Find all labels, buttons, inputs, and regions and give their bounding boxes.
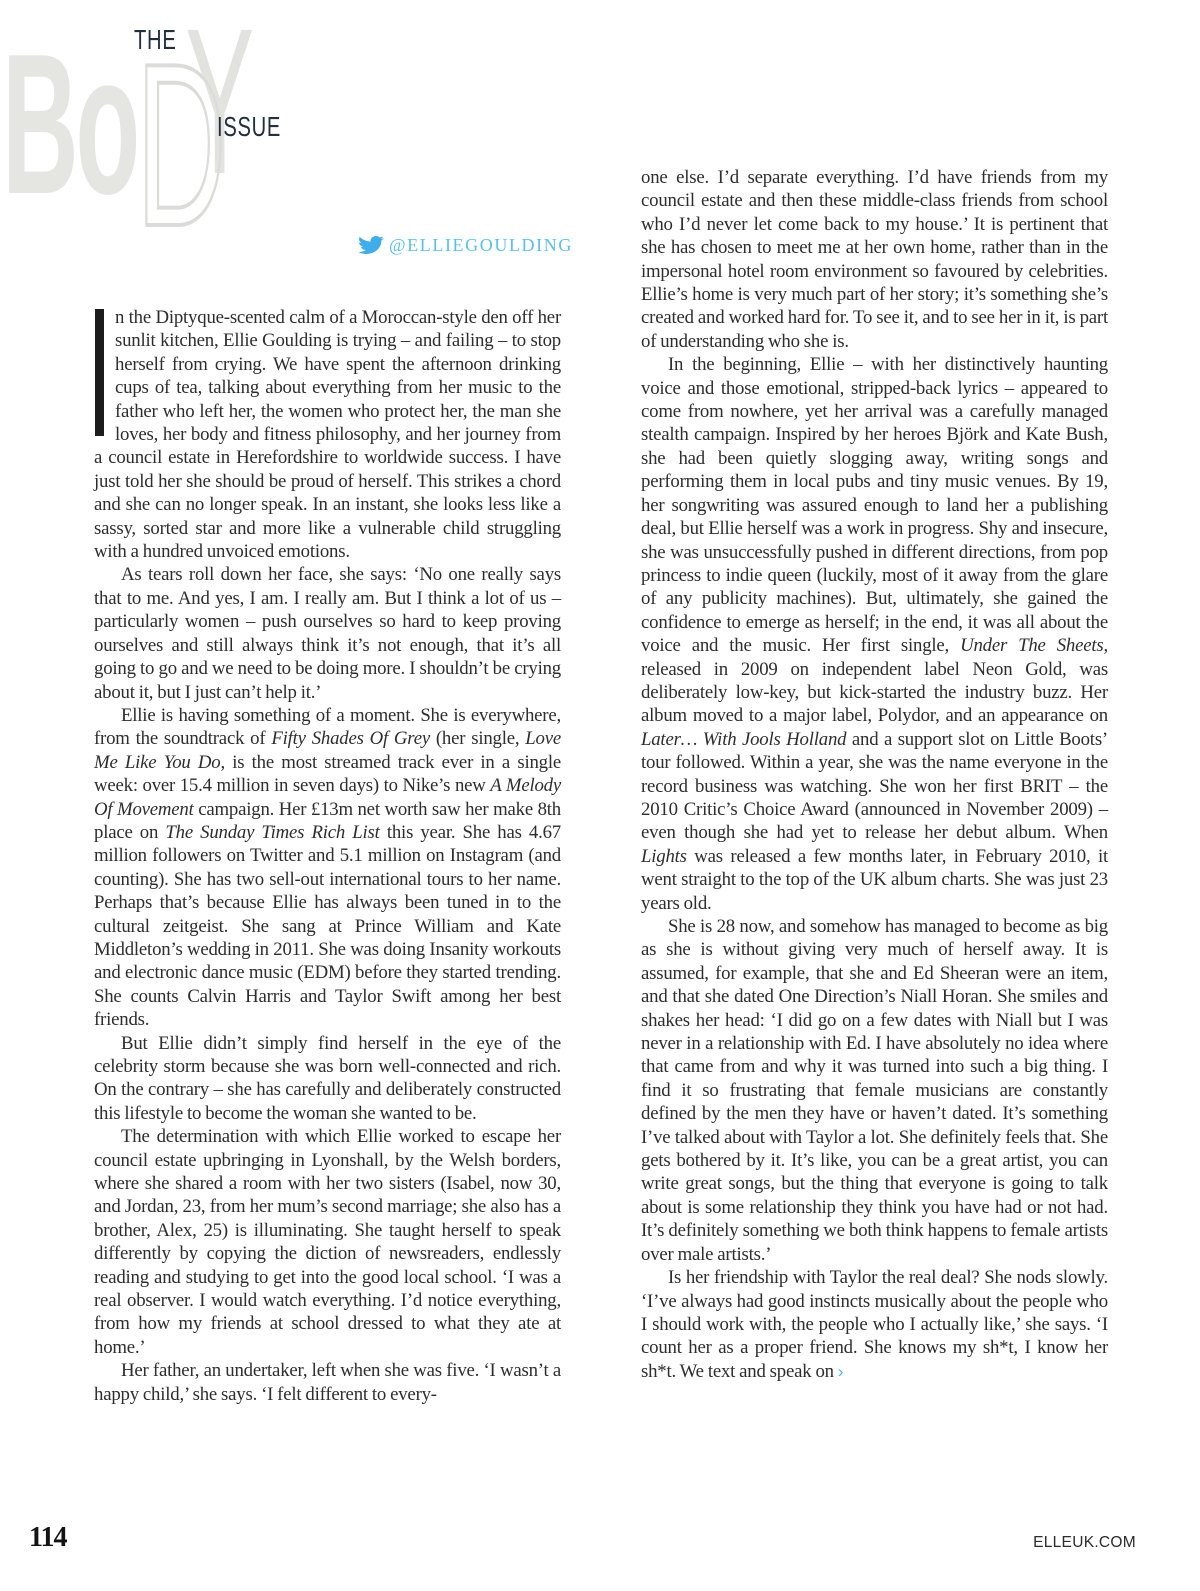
body-text: (her single, (430, 728, 525, 749)
paragraph: Is her friendship with Taylor the real d… (641, 1266, 1108, 1383)
drop-cap: I (95, 309, 104, 436)
body-text: She is 28 now, and somehow has managed t… (641, 916, 1108, 1265)
body-text: n the Diptyque-scented calm of a Morocca… (94, 307, 561, 562)
page-number: 114 (29, 1522, 66, 1554)
body-issue-masthead: Bo Y D THE ISSUE (0, 0, 320, 245)
website-url: ELLEUK.COM (1033, 1534, 1136, 1552)
italic-text: Under The Sheets (960, 635, 1103, 656)
italic-text: Later… With Jools Holland (641, 729, 846, 750)
body-text: As tears roll down her face, she says: ‘… (94, 564, 561, 702)
paragraph: The determination with which Ellie worke… (94, 1125, 561, 1359)
masthead-letter-bo: Bo (2, 12, 137, 236)
body-text: this year. She has 4.67 million follower… (94, 822, 561, 1030)
italic-text: Lights (641, 846, 687, 867)
paragraph: Her father, an undertaker, left when she… (94, 1359, 561, 1406)
article-left-column: In the Diptyque-scented calm of a Morocc… (94, 306, 561, 1406)
body-text: one else. I’d separate everything. I’d h… (641, 167, 1108, 352)
italic-text: Fifty Shades Of Grey (271, 728, 430, 749)
paragraph: In the beginning, Ellie – with her disti… (641, 353, 1108, 915)
paragraph: But Ellie didn’t simply find herself in … (94, 1032, 561, 1126)
paragraph: Ellie is having something of a moment. S… (94, 704, 561, 1032)
article-right-column: one else. I’d separate everything. I’d h… (641, 166, 1108, 1383)
body-text: The determination with which Ellie worke… (94, 1126, 561, 1358)
twitter-handle: @ELLIEGOULDING (389, 235, 573, 256)
italic-text: The Sunday Times Rich List (165, 822, 379, 843)
paragraph: As tears roll down her face, she says: ‘… (94, 563, 561, 703)
twitter-byline: @ELLIEGOULDING (358, 234, 573, 256)
twitter-bird-icon (358, 234, 384, 256)
paragraph: one else. I’d separate everything. I’d h… (641, 166, 1108, 353)
continued-arrow-icon: › (838, 1362, 844, 1381)
body-text: Her father, an undertaker, left when she… (94, 1360, 561, 1404)
paragraph: In the Diptyque-scented calm of a Morocc… (94, 306, 561, 563)
masthead-word-issue: ISSUE (217, 111, 281, 143)
paragraph: She is 28 now, and somehow has managed t… (641, 915, 1108, 1266)
body-text: But Ellie didn’t simply find herself in … (94, 1033, 561, 1124)
magazine-page: Bo Y D THE ISSUE @ELLIEGOULDING In the D… (0, 0, 1200, 1591)
body-text: Is her friendship with Taylor the real d… (641, 1267, 1108, 1382)
body-text: was released a few months later, in Febr… (641, 846, 1108, 914)
body-text: In the beginning, Ellie – with her disti… (641, 354, 1108, 656)
masthead-word-the: THE (134, 24, 176, 56)
